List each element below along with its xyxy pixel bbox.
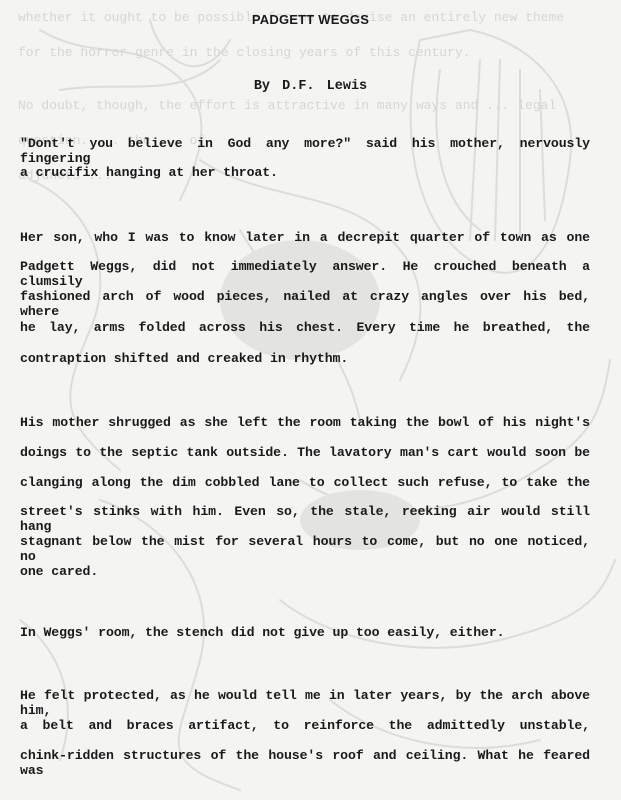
text-line: doings to the septic tank outside. The l… <box>20 445 590 460</box>
document-page: PADGETT WEGGS By D.F. Lewis "Dont't you … <box>0 0 621 800</box>
text-line: contraption shifted and creaked in rhyth… <box>20 351 590 366</box>
text-line: "Dont't you believe in God any more?" sa… <box>20 136 590 166</box>
text-line: His mother shrugged as she left the room… <box>20 415 590 430</box>
text-line: one cared. <box>20 564 590 579</box>
text-line: He felt protected, as he would tell me i… <box>20 688 590 718</box>
text-line: stagnant below the mist for several hour… <box>20 534 590 564</box>
text-line: a belt and braces artifact, to reinforce… <box>20 718 590 733</box>
text-line: Her son, who I was to know later in a de… <box>20 230 590 245</box>
text-line: fashioned arch of wood pieces, nailed at… <box>20 289 590 319</box>
text-line: he lay, arms folded across his chest. Ev… <box>20 320 590 335</box>
text-line: In Weggs' room, the stench did not give … <box>20 625 590 640</box>
text-line: a crucifix hanging at her throat. <box>20 165 590 180</box>
text-line: Padgett Weggs, did not immediately answe… <box>20 259 590 289</box>
document-byline: By D.F. Lewis <box>0 79 621 94</box>
document-title: PADGETT WEGGS <box>0 12 621 27</box>
text-line: clanging along the dim cobbled lane to c… <box>20 475 590 490</box>
text-line: chink-ridden structures of the house's r… <box>20 748 590 778</box>
text-line: street's stinks with him. Even so, the s… <box>20 504 590 534</box>
